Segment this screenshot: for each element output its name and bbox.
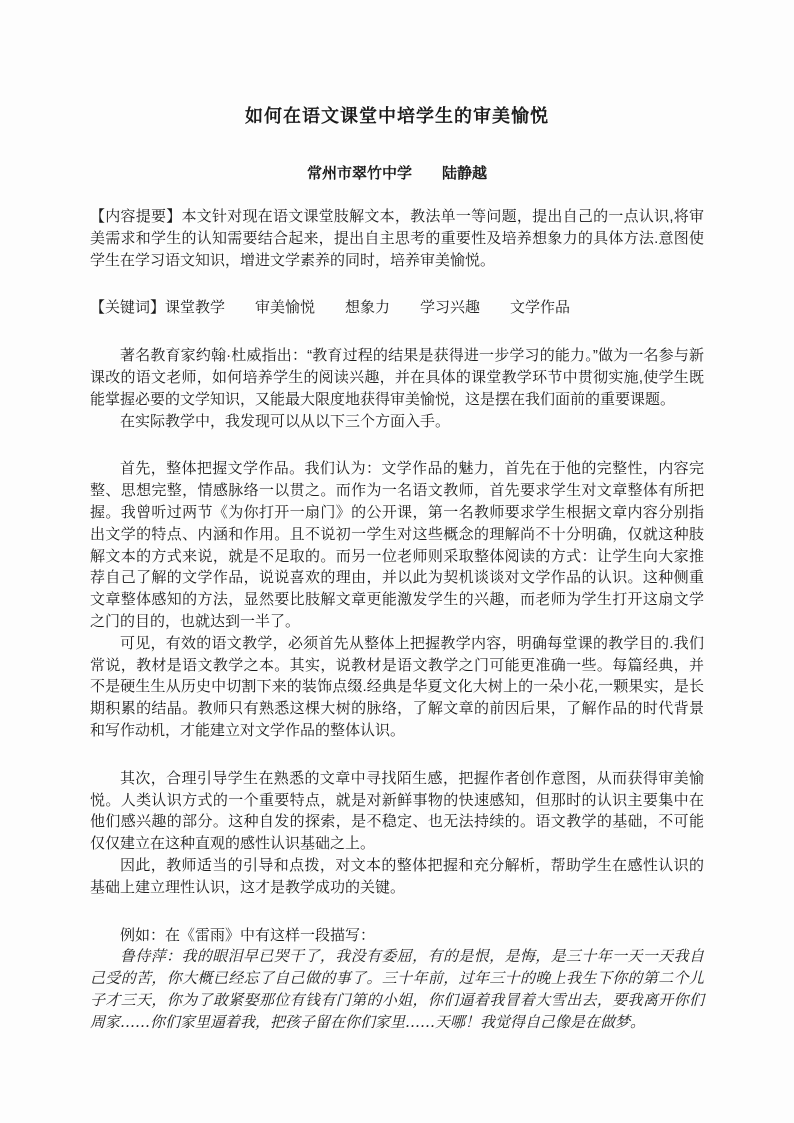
abstract-paragraph: 【内容提要】本文针对现在语文课堂肢解文本，教法单一等问题，提出自己的一点认识,将…: [90, 206, 704, 271]
body-paragraph-first-point: 首先，整体把握文学作品。我们认为：文学作品的魅力，首先在于他的完整性，内容完整、…: [90, 458, 704, 632]
body-paragraph-conclusion-of-first-point: 可见，有效的语文教学，必须首先从整体上把握教学内容，明确每堂课的教学目的.我们常…: [90, 633, 704, 742]
example-intro-line: 例如：在《雷雨》中有这样一段描写：: [90, 925, 704, 947]
author-line: 常州市翠竹中学 陆静越: [90, 164, 704, 184]
body-paragraph-intro: 著名教育家约翰·杜威指出：“教育过程的结果是获得进一步学习的能力。”做为一名参与…: [90, 345, 704, 410]
document-title: 如何在语文课堂中培学生的审美愉悦: [90, 104, 704, 128]
body-paragraph-lead-in: 在实际教学中，我发现可以从以下三个方面入手。: [90, 411, 704, 433]
body-paragraph-therefore: 因此，教师适当的引导和点拨，对文本的整体把握和充分解析，帮助学生在感性认识的基础…: [90, 855, 704, 899]
document-page: 如何在语文课堂中培学生的审美愉悦 常州市翠竹中学 陆静越 【内容提要】本文针对现…: [0, 0, 794, 1123]
leiyu-quote-paragraph: 鲁侍萍：我的眼泪早已哭干了，我没有委屈，有的是恨，是悔，是三十年一天一天我自己受…: [90, 946, 704, 1033]
keywords-line: 【关键词】课堂教学 审美愉悦 想象力 学习兴趣 文学作品: [90, 297, 704, 319]
body-paragraph-second-point: 其次，合理引导学生在熟悉的文章中寻找陌生感，把握作者创作意图，从而获得审美愉悦。…: [90, 768, 704, 855]
